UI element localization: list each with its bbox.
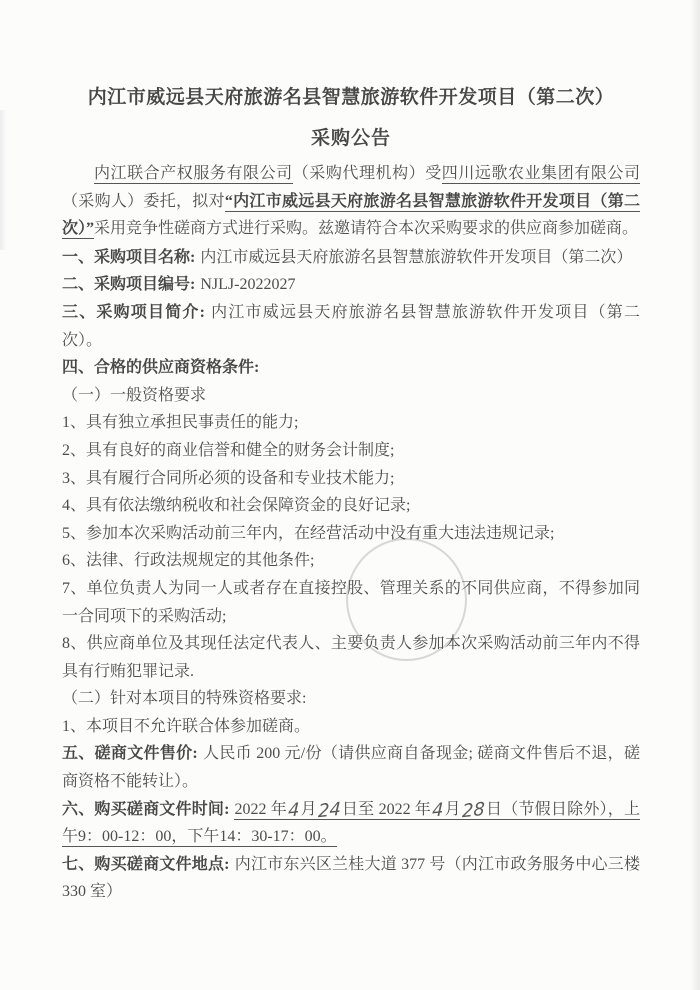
scanned-document-page: 内江市威远县天府旅游名县智慧旅游软件开发项目（第二次） 采购公告 内江联合产权服… [0, 0, 700, 990]
agency-name-underlined: 内江联合产权服务有限公司 [94, 165, 293, 184]
section-document-price-label: 五、磋商文件售价: [62, 745, 198, 762]
section-project-number: 二、采购项目编号:NJLJ-2022027 [62, 271, 640, 299]
intro-paragraph: 内江联合产权服务有限公司（采购代理机构）受四川远歌农业集团有限公司（采购人）委托… [62, 160, 640, 243]
general-qualification-item-2: 2、具有良好的商业信誉和健全的财务会计制度; [62, 437, 640, 465]
general-qualification-item-3: 3、具有履行合同所必须的设备和专业技术能力; [62, 465, 640, 493]
purchase-time-text-3: 日至 2022 年 [342, 801, 431, 818]
general-qualification-item-1: 1、具有独立承担民事责任的能力; [62, 409, 640, 437]
section-purchase-time: 六、购买磋商文件时间:2022 年4月24日至 2022 年4月28日（节假日除… [62, 796, 640, 851]
section-purchase-location-label: 七、购买磋商文件地点: [62, 856, 230, 873]
section-project-summary: 三、采购项目简介:内江市威远县天府旅游名县智慧旅游软件开发项目（第二次）。 [62, 299, 640, 354]
purchase-time-text-2: 月 [300, 801, 316, 818]
special-qualification-heading: （二）针对本项目的特殊资格要求: [62, 685, 640, 713]
section-project-summary-label: 三、采购项目简介: [62, 304, 205, 321]
section-purchase-location: 七、购买磋商文件地点:内江市东兴区兰桂大道 377 号（内江市政务服务中心三楼 … [62, 851, 640, 906]
general-qualification-item-7: 7、单位负责人为同一人或者存在直接控股、管理关系的不同供应商，不得参加同一合同项… [62, 575, 640, 630]
section-purchase-time-label: 六、购买磋商文件时间: [62, 801, 229, 818]
general-qualification-item-5: 5、参加本次采购活动前三年内，在经营活动中没有重大违法违规记录; [62, 520, 640, 548]
document-title-line2: 采购公告 [62, 125, 640, 153]
intro-text-after-purchaser: （采购人）委托，拟对 [62, 193, 225, 210]
general-qualification-item-4: 4、具有依法缴纳税收和社会保障资金的良好记录; [62, 492, 640, 520]
intro-text-tail: 采用竞争性磋商方式进行采购。兹邀请符合本次采购要求的供应商参加磋商。 [94, 220, 638, 237]
general-qualification-heading: （一）一般资格要求 [62, 382, 640, 410]
intro-text-after-agency: （采购代理机构）受 [293, 165, 442, 182]
purchase-time-text-1: 2022 年 [234, 801, 286, 818]
purchase-time-text-4: 月 [444, 801, 460, 818]
section-project-number-label: 二、采购项目编号: [62, 276, 195, 293]
section-project-name: 一、采购项目名称:内江市威远县天府旅游名县智慧旅游软件开发项目（第二次） [62, 244, 640, 272]
handwritten-month-2: 4 [432, 803, 444, 818]
section-project-name-label: 一、采购项目名称: [62, 249, 195, 266]
special-qualification-item-1: 1、本项目不允许联合体参加磋商。 [62, 713, 640, 741]
general-qualification-item-8: 8、供应商单位及其现任法定代表人、主要负责人参加本次采购活动前三年内不得具有行贿… [62, 630, 640, 685]
handwritten-month-1: 4 [288, 803, 300, 818]
handwritten-day-2: 28 [462, 802, 485, 819]
handwritten-day-1: 24 [318, 802, 341, 819]
general-qualification-item-6: 6、法律、行政法规规定的其他条件; [62, 547, 640, 575]
section-supplier-qualification-heading: 四、合格的供应商资格条件: [62, 354, 640, 382]
section-project-number-value: NJLJ-2022027 [200, 276, 295, 293]
section-document-price: 五、磋商文件售价:人民币 200 元/份（请供应商自备现金; 磋商文件售后不退，… [62, 740, 640, 795]
document-body: 内江联合产权服务有限公司（采购代理机构）受四川远歌农业集团有限公司（采购人）委托… [62, 160, 640, 906]
purchaser-name-underlined: 四川远歌农业集团有限公司 [442, 165, 640, 184]
document-title-line1: 内江市威远县天府旅游名县智慧旅游软件开发项目（第二次） [62, 84, 640, 112]
document-content: 内江市威远县天府旅游名县智慧旅游软件开发项目（第二次） 采购公告 内江联合产权服… [0, 0, 700, 906]
section-project-name-value: 内江市威远县天府旅游名县智慧旅游软件开发项目（第二次） [200, 249, 632, 266]
